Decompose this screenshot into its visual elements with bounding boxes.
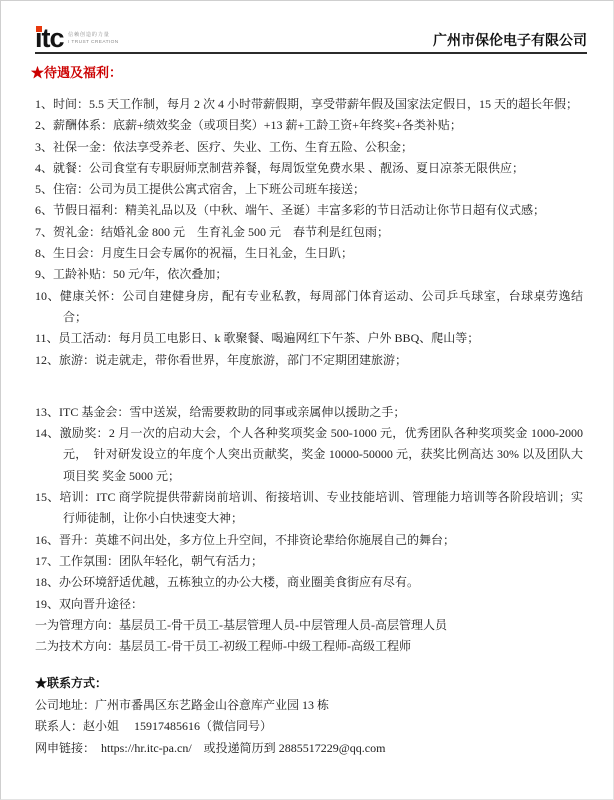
email-address: 2885517229@qq.com (279, 741, 386, 755)
benefit-item-3: 3、社保一金：依法享受养老、医疗、失业、工伤、生育五险、公积金； (35, 137, 591, 158)
application-line: 网申链接： https://hr.itc-pa.cn/ 或投递简历到 28855… (35, 738, 591, 760)
benefit-item-8: 8、生日会：月度生日会专属你的祝福，生日礼金，生日趴； (35, 243, 591, 264)
benefit-item-18: 18、办公环境舒适优越，五栋独立的办公大楼，商业圈美食街应有尽有。 (35, 572, 591, 593)
benefit-item-11: 11、员工活动：每月员工电影日、k 歌聚餐、喝遍网红下午茶、户外 BBQ、爬山等… (35, 328, 591, 349)
logo-tagline-en: I TRUST CREATION (68, 40, 119, 46)
benefit-item-5: 5、住宿：公司为员工提供公寓式宿舍，上下班公司班车接送； (35, 179, 591, 200)
benefit-item-6: 6、节假日福利：精美礼品以及（中秋、端午、圣诞）丰富多彩的节日活动让你节日超有仪… (35, 200, 591, 221)
benefits-section-title: ★待遇及福利： (31, 62, 591, 83)
benefit-item-9: 9、工龄补贴：50 元/年，依次叠加； (35, 264, 591, 285)
contact-person: 联系人：赵小姐 15917485616（微信同号） (35, 716, 591, 738)
benefit-item-12: 12、旅游：说走就走，带你看世界，年度旅游，部门不定期团建旅游； (35, 350, 591, 371)
benefit-item-19: 19、双向晋升途径： (35, 594, 591, 615)
benefit-item-16: 16、晋升：英雄不问出处，多方位上升空间，不排资论辈给你施展自己的舞台； (35, 530, 591, 551)
promotion-path-management: 一为管理方向：基层员工-骨干员工-基层管理人员-中层管理人员-高层管理人员 (35, 615, 591, 636)
benefit-item-17: 17、工作氛围：团队年轻化，朝气有活力； (35, 551, 591, 572)
logo-text: itc (35, 25, 64, 51)
document-page: itc 信赖创造的力量 I TRUST CREATION 广州市保伦电子有限公司… (0, 0, 614, 800)
itc-logo: itc 信赖创造的力量 I TRUST CREATION (35, 25, 131, 51)
application-alt-text: 或投递简历到 (192, 741, 279, 755)
logo-dot-icon (36, 26, 42, 32)
benefit-item-13: 13、ITC 基金会：雪中送炭，给需要救助的同事或亲属伸以援助之手； (35, 402, 591, 423)
company-name: 广州市保伦电子有限公司 (433, 30, 587, 51)
contact-section: ★联系方式： 公司地址：广州市番禺区东艺路金山谷意库产业园 13 栋 联系人：赵… (35, 673, 591, 759)
benefit-item-14: 14、激励奖：2 月一次的启动大会，个人各种奖项奖金 500-1000 元，优秀… (35, 423, 591, 487)
benefit-item-1: 1、时间：5.5 天工作制，每月 2 次 4 小时带薪假期，享受带薪年假及国家法… (35, 94, 591, 115)
promotion-path-technical: 二为技术方向：基层员工-骨干员工-初级工程师-中级工程师-高级工程师 (35, 636, 591, 657)
application-link-label: 网申链接： (35, 741, 101, 755)
page-header: itc 信赖创造的力量 I TRUST CREATION 广州市保伦电子有限公司 (35, 25, 587, 54)
company-address: 公司地址：广州市番禺区东艺路金山谷意库产业园 13 栋 (35, 695, 591, 717)
benefit-item-10: 10、健康关怀：公司自建健身房，配有专业私教，每周部门体育运动、公司乒乓球室，台… (35, 286, 591, 329)
logo-taglines: 信赖创造的力量 I TRUST CREATION (68, 25, 131, 46)
contact-section-title: ★联系方式： (35, 673, 591, 695)
logo-tagline-cn: 信赖创造的力量 (68, 33, 122, 39)
benefit-item-2: 2、薪酬体系：底薪+绩效奖金（或项目奖）+13 薪+工龄工资+年终奖+各类补贴； (35, 115, 591, 136)
benefits-list: 1、时间：5.5 天工作制，每月 2 次 4 小时带薪假期，享受带薪年假及国家法… (35, 94, 591, 657)
benefit-item-15: 15、培训：ITC 商学院提供带薪岗前培训、衔接培训、专业技能培训、管理能力培训… (35, 487, 591, 530)
benefit-item-7: 7、贺礼金：结婚礼金 800 元 生育礼金 500 元 春节利是红包雨； (35, 222, 591, 243)
application-link[interactable]: https://hr.itc-pa.cn/ (101, 741, 192, 755)
benefit-item-4: 4、就餐：公司食堂有专职厨师烹制营养餐，每周饭堂免费水果 、靓汤、夏日凉茶无限供… (35, 158, 591, 179)
